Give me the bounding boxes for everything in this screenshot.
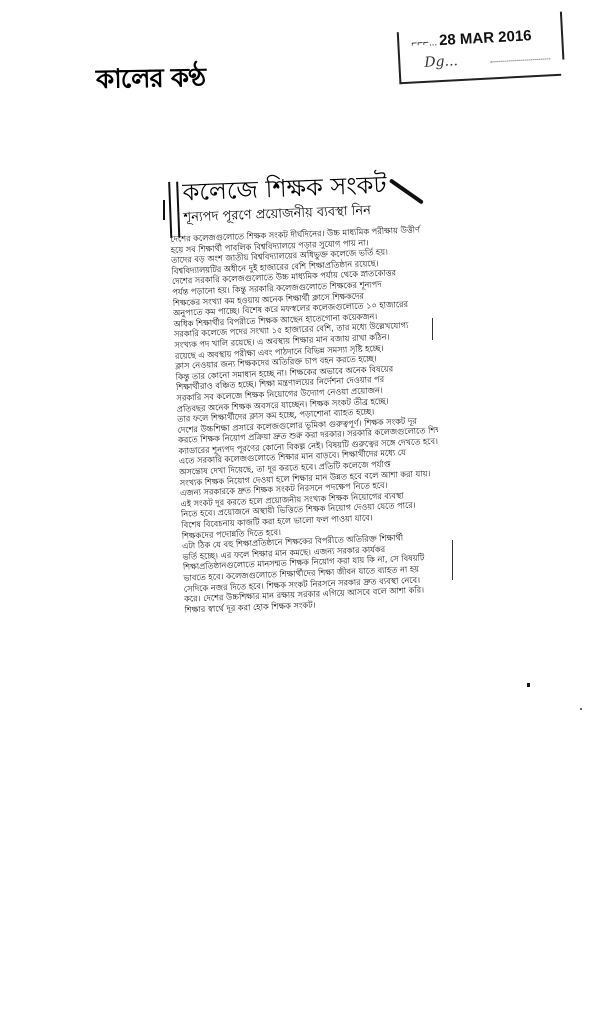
stamp-signature: Dg... bbox=[424, 53, 458, 71]
margin-mark bbox=[452, 540, 453, 580]
newspaper-clipping: কলেজে শিক্ষক সংকট শূন্যপদ পূরণে প্রয়োজন… bbox=[168, 168, 445, 615]
stamp-date: ⌐⌐⌐...28 MAR 2016 bbox=[411, 27, 532, 50]
margin-mark bbox=[432, 318, 433, 340]
headline-rule bbox=[168, 182, 180, 238]
margin-mark bbox=[163, 200, 165, 220]
article-body: দেশের কলেজগুলোতে শিক্ষক সংকট দীর্ঘদিনের।… bbox=[170, 224, 444, 615]
headline-block: কলেজে শিক্ষক সংকট শূন্যপদ পূরণে প্রয়োজন… bbox=[168, 168, 430, 228]
newspaper-masthead-logo: কালের কণ্ঠ bbox=[96, 57, 206, 103]
signature-line bbox=[490, 58, 550, 62]
stamp-date-text: 28 MAR 2016 bbox=[439, 27, 532, 49]
scan-speck bbox=[580, 708, 582, 710]
stamp-border bbox=[560, 12, 565, 60]
stamp-dots: ⌐⌐⌐... bbox=[411, 37, 437, 49]
date-stamp: ⌐⌐⌐...28 MAR 2016 Dg... bbox=[397, 24, 561, 84]
scan-speck bbox=[527, 683, 530, 687]
